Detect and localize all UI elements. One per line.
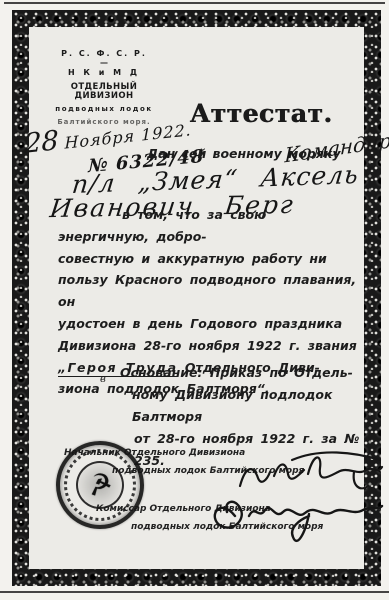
document-content: Р. С. Ф. С. Р. — Н К и М Д ОТДЕЛЬНЫЙ ДИВ… — [0, 0, 389, 600]
letterhead-division: ОТДЕЛЬНЫЙ ДИВИЗИОН — [42, 83, 166, 100]
body-line: совестную и аккуратную работу ни — [58, 248, 360, 270]
letterhead-dash: — — [42, 59, 166, 67]
body-line: удостоен в день Годового праздника — [58, 313, 360, 335]
body-line: в том, что за свою энергичную, добро- — [58, 204, 360, 248]
letterhead-nkmd: Н К и М Д — [42, 69, 166, 77]
letterhead: Р. С. Ф. С. Р. — Н К и М Д ОТДЕЛЬНЫЙ ДИВ… — [42, 50, 166, 126]
letterhead-submarines: подводных лодок — [42, 106, 166, 113]
signature-commissar — [205, 486, 387, 552]
body-line: Дивизиона 28-го ноября 1922 г. звания — [58, 335, 360, 357]
handwritten-insertion-mark: в — [100, 369, 106, 391]
letterhead-rsfsr: Р. С. Ф. С. Р. — [42, 50, 166, 58]
certificate-photo: Р. С. Ф. С. Р. — Н К и М Д ОТДЕЛЬНЫЙ ДИВ… — [0, 0, 389, 600]
body-line: пользу Красного подводного плавания, он — [58, 269, 360, 313]
document-title: Аттестат. — [168, 99, 354, 128]
basis-line: Основание: Приказ по Отдель- — [120, 362, 364, 384]
handwritten-date-day: 28 — [24, 125, 58, 160]
basis-line: ному Дивизиону подлодок Балтморя — [132, 384, 364, 428]
hammer-sickle-icon: ☭ — [84, 468, 115, 501]
